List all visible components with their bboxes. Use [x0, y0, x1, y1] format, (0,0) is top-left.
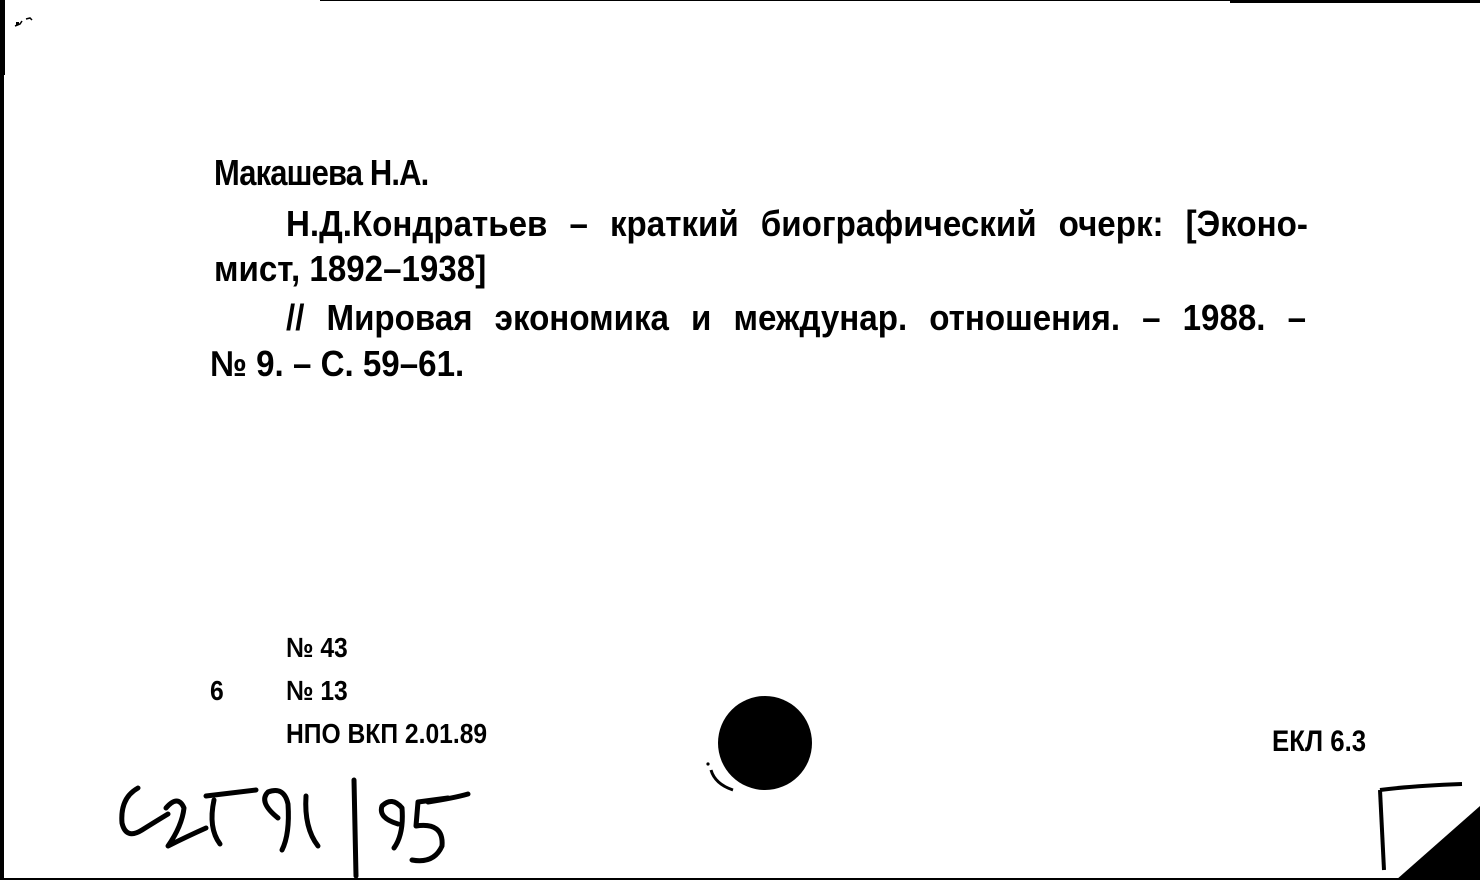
stamp-number-1: № 43 [286, 632, 348, 664]
card-title-line-1: Н.Д.Кондратьев – краткий биографический … [286, 203, 1308, 245]
card-left-edge [0, 0, 4, 880]
catalog-card: Макашева Н.А. Н.Д.Кондратьев – краткий б… [0, 0, 1480, 880]
card-source-line-1: // Мировая экономика и междунар. отношен… [286, 297, 1306, 339]
card-top-edge-dark [1230, 0, 1480, 3]
scan-speck-icon [14, 16, 36, 30]
card-title-line-2: мист, 1892–1938] [214, 248, 486, 290]
stamp-number-2: № 13 [286, 675, 348, 707]
card-source-line-2: № 9. – С. 59–61. [210, 343, 464, 385]
classification-code: ЕКЛ 6.3 [1272, 725, 1366, 759]
folded-corner-icon [1370, 770, 1480, 880]
punch-hole-shadow-icon [705, 760, 745, 792]
card-author: Макашева Н.А. [214, 152, 428, 194]
stamp-publisher: НПО ВКП 2.01.89 [286, 718, 487, 750]
stamp-left-number: 6 [210, 675, 224, 707]
handwritten-mark-icon [108, 768, 488, 880]
card-left-edge-inner [4, 0, 5, 75]
